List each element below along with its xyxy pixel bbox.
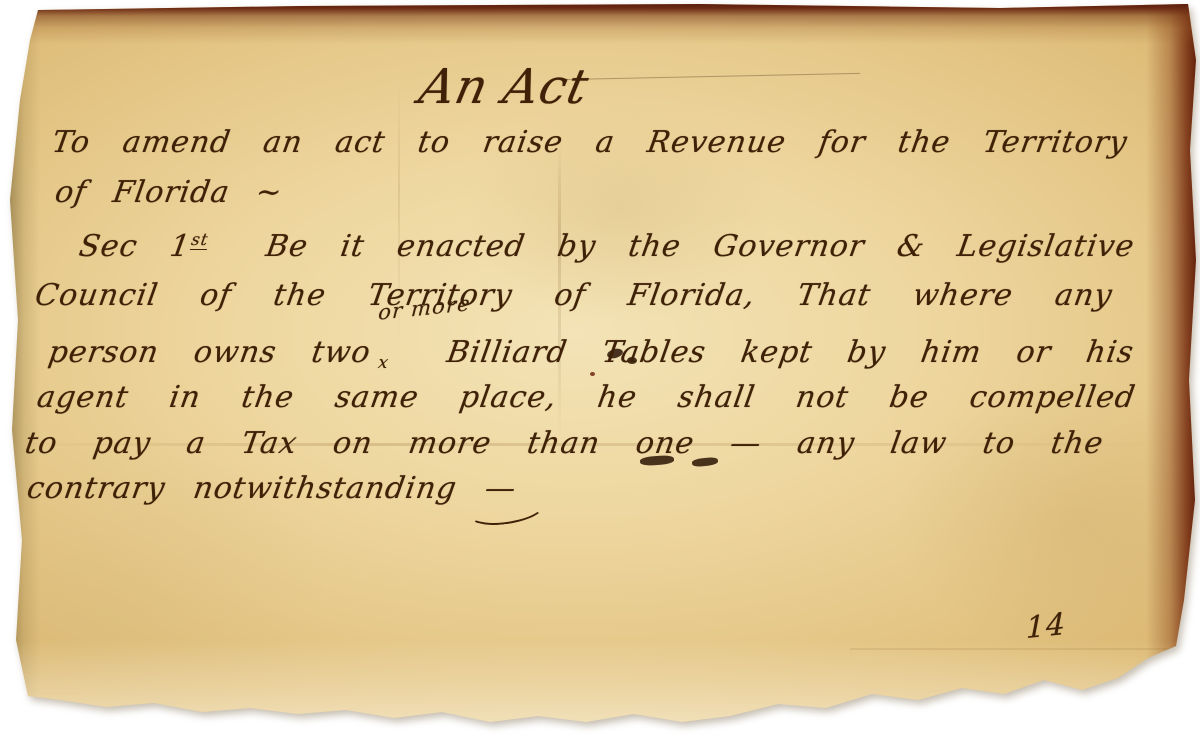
body-line-preamble-2: of Florida ~ bbox=[53, 176, 285, 211]
section-number: Sec 1 bbox=[77, 229, 194, 264]
document-scan: An Act To amend an act to raise a Revenu… bbox=[0, 0, 1200, 745]
insertion-caret-mark: x bbox=[377, 354, 391, 374]
interline-insertion: or morex bbox=[404, 332, 415, 362]
body-line-agent: agent in the same place, he shall not be… bbox=[35, 381, 1138, 416]
torn-bottom-edge-highlight bbox=[0, 640, 1200, 745]
body-line-billiard: person owns two or morex Billiard Tables… bbox=[46, 332, 1137, 371]
body-line-contrary: contrary notwithstanding — bbox=[25, 472, 519, 507]
section-ordinal-suffix: st bbox=[190, 230, 210, 250]
page-number: 14 bbox=[1026, 608, 1066, 647]
body-line-preamble-1: To amend an act to raise a Revenue for t… bbox=[50, 126, 1130, 161]
ink-speck bbox=[590, 372, 595, 376]
paper-shadow: An Act To amend an act to raise a Revenu… bbox=[0, 0, 1200, 745]
line-text-before-insertion: person owns two bbox=[46, 335, 373, 370]
manuscript-paper: An Act To amend an act to raise a Revenu… bbox=[0, 0, 1200, 745]
section-enacting-text: Be it enacted by the Governor & Legislat… bbox=[263, 229, 1137, 264]
body-line-tax: to pay a Tax on more than one — any law … bbox=[23, 427, 1106, 462]
body-line-council: Council of the Territory of Florida, Tha… bbox=[33, 279, 1115, 314]
act-heading: An Act bbox=[318, 60, 690, 115]
body-line-section-1: Sec 1st Be it enacted by the Governor & … bbox=[77, 230, 1137, 265]
line-text-after-insertion: Billiard Tables kept by him or his bbox=[444, 335, 1136, 370]
